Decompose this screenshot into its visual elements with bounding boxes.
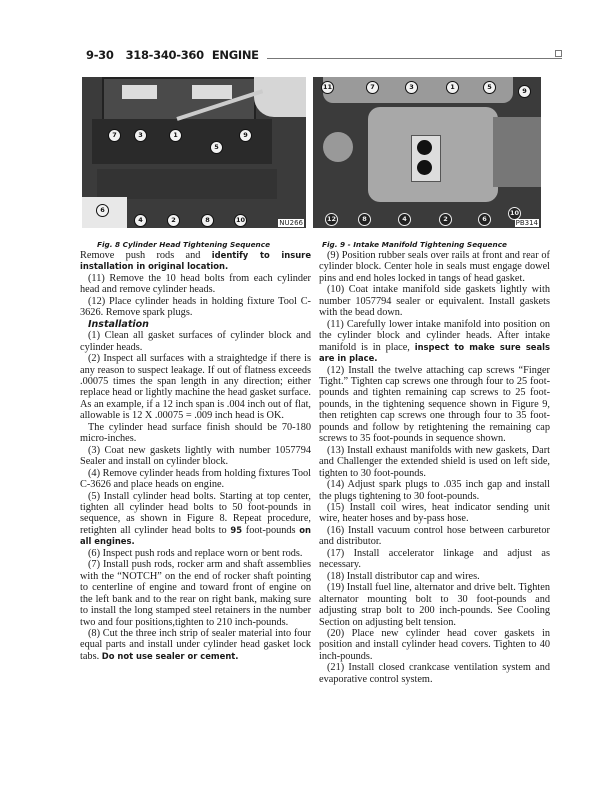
figure-9-caption: Fig. 9 - Intake Manifold Tightening Sequ… xyxy=(322,240,507,249)
callout-label: 11 xyxy=(321,81,334,94)
section-heading: Installation xyxy=(80,319,311,330)
left-column: Remove push rods and identify to insure … xyxy=(80,250,311,662)
figure-8-photo: 7 3 1 5 9 6 4 2 8 10 NU266 xyxy=(82,77,306,228)
callout-label: 1 xyxy=(446,81,459,94)
callout-label: 7 xyxy=(108,129,121,142)
callout-label: 2 xyxy=(167,214,180,227)
block-side xyxy=(97,169,277,199)
callout-label: 3 xyxy=(134,129,147,142)
paragraph: (10) Coat intake manifold side gaskets l… xyxy=(319,284,550,318)
paragraph: (17) Install accelerator linkage and adj… xyxy=(319,548,550,571)
paragraph: (1) Clean all gasket surfaces of cylinde… xyxy=(80,330,311,353)
text: foot-pounds xyxy=(242,525,299,536)
callout-label: 4 xyxy=(398,213,411,226)
manifold-port xyxy=(122,85,157,99)
callout-label: 7 xyxy=(366,81,379,94)
pulley xyxy=(323,132,353,162)
paragraph: (2) Inspect all surfaces with a straight… xyxy=(80,353,311,422)
callout-label: 5 xyxy=(483,81,496,94)
paragraph: The cylinder head surface finish should … xyxy=(80,422,311,445)
callout-label: 8 xyxy=(201,214,214,227)
paragraph: (21) Install closed crankcase ventilatio… xyxy=(319,662,550,685)
engine-models: 318-340-360 xyxy=(126,48,204,62)
paragraph: (9) Position rubber seals over rails at … xyxy=(319,250,550,284)
manifold-port xyxy=(192,85,232,99)
right-column: (9) Position rubber seals over rails at … xyxy=(319,250,550,685)
paragraph: (3) Coat new gaskets lightly with number… xyxy=(80,445,311,468)
photo-code: NU266 xyxy=(278,219,304,227)
paragraph: (16) Install vacuum control hose between… xyxy=(319,525,550,548)
paragraph: (15) Install coil wires, heat indicator … xyxy=(319,502,550,525)
bold-text: Do not use sealer or cement. xyxy=(102,651,239,661)
carb-bore xyxy=(417,140,432,155)
callout-label: 4 xyxy=(134,214,147,227)
callout-label: 8 xyxy=(358,213,371,226)
paragraph: (6) Inspect push rods and replace worn o… xyxy=(80,548,311,559)
housing xyxy=(493,117,541,187)
square-marker-icon xyxy=(555,50,562,57)
callout-label: 3 xyxy=(405,81,418,94)
callout-label: 9 xyxy=(518,85,531,98)
paragraph: (13) Install exhaust manifolds with new … xyxy=(319,445,550,479)
paragraph: (5) Install cylinder head bolts. Startin… xyxy=(80,491,311,548)
paragraph: (19) Install fuel line, alternator and d… xyxy=(319,582,550,628)
paragraph: (14) Adjust spark plugs to .035 inch gap… xyxy=(319,479,550,502)
paragraph: (12) Place cylinder heads in holding fix… xyxy=(80,296,311,319)
paragraph: (20) Place new cylinder head cover gaske… xyxy=(319,628,550,662)
callout-label: 6 xyxy=(478,213,491,226)
callout-label: 6 xyxy=(96,204,109,217)
callout-label: 2 xyxy=(439,213,452,226)
paragraph: (8) Cut the three inch strip of sealer m… xyxy=(80,628,311,662)
callout-label: 10 xyxy=(234,214,247,227)
paragraph: (4) Remove cylinder heads from holding f… xyxy=(80,468,311,491)
photo-code: PB314 xyxy=(515,219,539,227)
paragraph: (11) Remove the 10 head bolts from each … xyxy=(80,273,311,296)
text: Remove push rods and xyxy=(80,250,212,261)
carb-bore xyxy=(417,160,432,175)
paragraph: (12) Install the twelve attaching cap sc… xyxy=(319,365,550,445)
paragraph: Remove push rods and identify to insure … xyxy=(80,250,311,273)
callout-label: 1 xyxy=(169,129,182,142)
callout-label: 12 xyxy=(325,213,338,226)
callout-label: 5 xyxy=(210,141,223,154)
paragraph: (11) Carefully lower intake manifold int… xyxy=(319,319,550,365)
page-number: 9-30 xyxy=(86,48,114,62)
bold-text: 95 xyxy=(230,525,242,535)
paragraph: (7) Install push rods, rocker arm and sh… xyxy=(80,559,311,628)
hand xyxy=(254,77,306,117)
paragraph: (18) Install distributor cap and wires. xyxy=(319,571,550,582)
figure-8-caption: Fig. 8 Cylinder Head Tightening Sequence xyxy=(97,240,270,249)
figure-9-photo: 11 7 3 1 5 9 12 8 4 2 6 10 PB314 xyxy=(313,77,541,228)
header-rule xyxy=(267,58,562,59)
section-title: ENGINE xyxy=(212,48,259,62)
callout-label: 9 xyxy=(239,129,252,142)
page-header: 9-30 318-340-360 ENGINE xyxy=(86,46,562,62)
